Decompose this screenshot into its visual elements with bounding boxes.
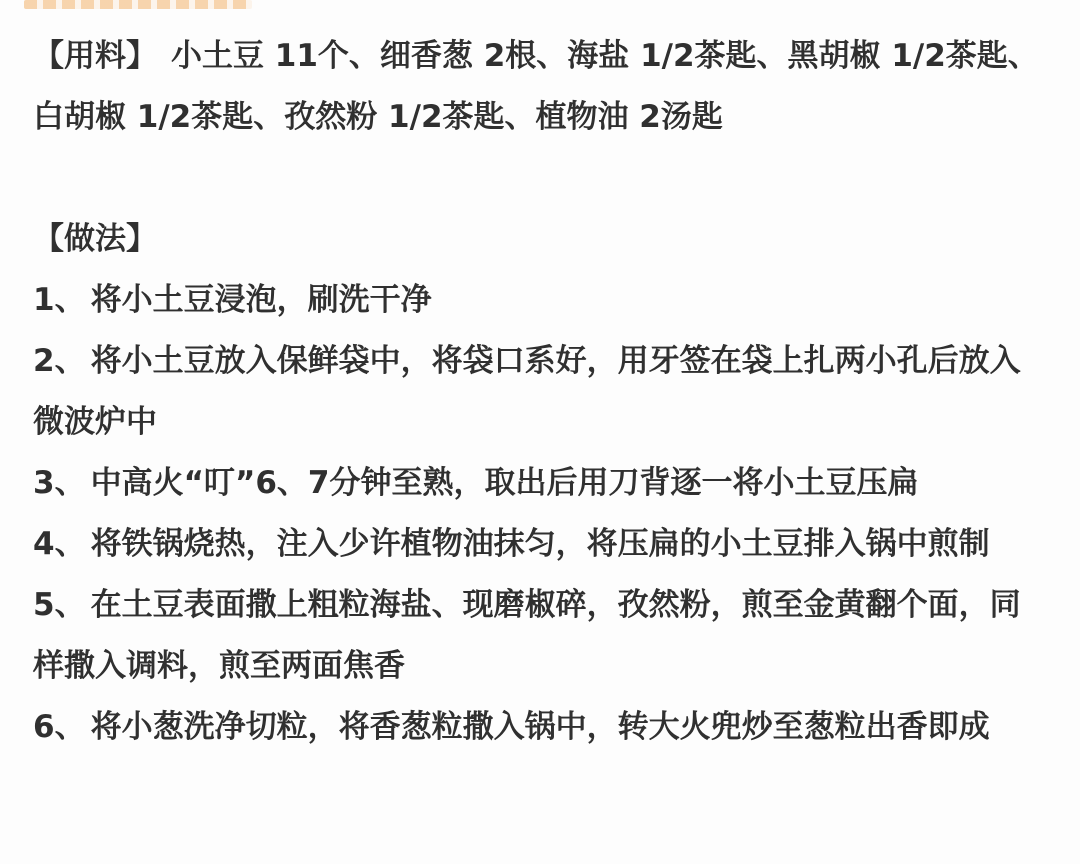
- step-number: 1、: [33, 282, 86, 318]
- method-step-5: 5、在土豆表面撒上粗粒海盐、现磨椒碎，孜然粉，煎至金黄翻个面，同样撒入调料，煎至…: [33, 575, 1047, 697]
- step-text: 中高火“叮”6、7分钟至熟，取出后用刀背逐一将小土豆压扁: [91, 465, 919, 501]
- method-step-3: 3、中高火“叮”6、7分钟至熟，取出后用刀背逐一将小土豆压扁: [33, 453, 1047, 514]
- method-step-1: 1、将小土豆浸泡，刷洗干净: [33, 270, 1047, 331]
- step-text: 将小葱洗净切粒，将香葱粒撒入锅中，转大火兜炒至葱粒出香即成: [91, 709, 990, 745]
- ingredients-heading: 【用料】: [33, 38, 157, 74]
- method-step-4: 4、将铁锅烧热，注入少许植物油抹匀，将压扁的小土豆排入锅中煎制: [33, 514, 1047, 575]
- ingredients-text: 小土豆 11个、细香葱 2根、海盐 1/2茶匙、黑胡椒 1/2茶匙、白胡椒 1/…: [33, 38, 1039, 135]
- step-number: 6、: [33, 709, 86, 745]
- step-text: 在土豆表面撒上粗粒海盐、现磨椒碎，孜然粉，煎至金黄翻个面，同样撒入调料，煎至两面…: [33, 587, 1021, 684]
- method-step-6: 6、将小葱洗净切粒，将香葱粒撒入锅中，转大火兜炒至葱粒出香即成: [33, 697, 1047, 758]
- blank-line: [33, 148, 1047, 209]
- step-text: 将小土豆浸泡，刷洗干净: [91, 282, 432, 318]
- cropped-orange-header-text: [24, 0, 252, 9]
- step-text: 将小土豆放入保鲜袋中，将袋口系好，用牙签在袋上扎两小孔后放入微波炉中: [33, 343, 1021, 440]
- method-heading: 【做法】: [33, 209, 1047, 270]
- step-number: 5、: [33, 587, 86, 623]
- ingredients-paragraph: 【用料】小土豆 11个、细香葱 2根、海盐 1/2茶匙、黑胡椒 1/2茶匙、白胡…: [33, 26, 1047, 148]
- step-number: 3、: [33, 465, 86, 501]
- recipe-document: 【用料】小土豆 11个、细香葱 2根、海盐 1/2茶匙、黑胡椒 1/2茶匙、白胡…: [33, 26, 1047, 758]
- step-number: 4、: [33, 526, 86, 562]
- step-number: 2、: [33, 343, 86, 379]
- step-text: 将铁锅烧热，注入少许植物油抹匀，将压扁的小土豆排入锅中煎制: [91, 526, 990, 562]
- method-step-2: 2、将小土豆放入保鲜袋中，将袋口系好，用牙签在袋上扎两小孔后放入微波炉中: [33, 331, 1047, 453]
